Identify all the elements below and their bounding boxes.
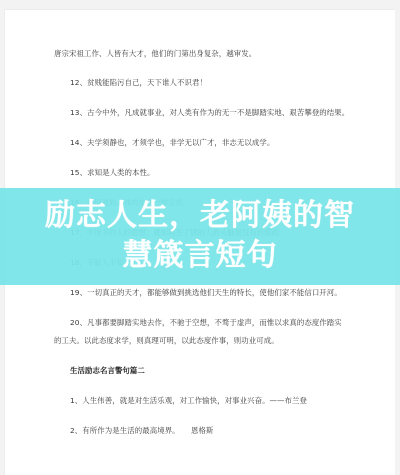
document-line: 12、贫贱能陷污自己，天下谁人不识君！ [70,78,207,88]
document-line: 的工夫。以此态度求学，则真理可明，以此态度作事，则功业可成。 [54,336,279,346]
document-line: 2、有所作为是生活的最高境界。 恩格斯 [70,426,213,436]
document-line: 唐宗宋祖工作、人皆有大才，他们的门第出身复杂，越审发。 [54,49,256,59]
document-line: 13、古今中外，凡成就事业，对人类有作为的无一不是脚踏实地、艰苦攀登的结果。 [70,108,349,118]
section-heading: 生活励志名言警句篇二 [70,366,145,376]
banner-title: 励志人生，老阿姨的智 慧箴言短句 [0,188,400,276]
document-line: 19、一切真正的天才，都能够做到挑选他们天生的特长，使他们家不能信口开河。 [70,288,342,298]
document-line: 14、夫学须静也，才须学也，非学无以广才，非志无以成学。 [70,138,274,148]
banner-title-line-1: 励志人生，老阿姨的智 [0,196,400,236]
page: 唐宗宋祖工作、人皆有大才，他们的门第出身复杂，越审发。 12、贫贱能陷污自己，天… [0,0,400,475]
banner-title-line-2: 慧箴言短句 [0,236,400,276]
document-line: 1、人生伟善，就是对生活乐观，对工作愉快，对事业兴奋。——布兰登 [70,396,307,406]
document-line: 20、凡事都要脚踏实地去作，不驰于空想，不骛于虚声，而惟以求真的态度作踏实 [70,318,342,328]
document-line: 15、求知是人类的本性。 [70,168,155,178]
title-banner: 励志人生，老阿姨的智 慧箴言短句 [0,188,400,285]
